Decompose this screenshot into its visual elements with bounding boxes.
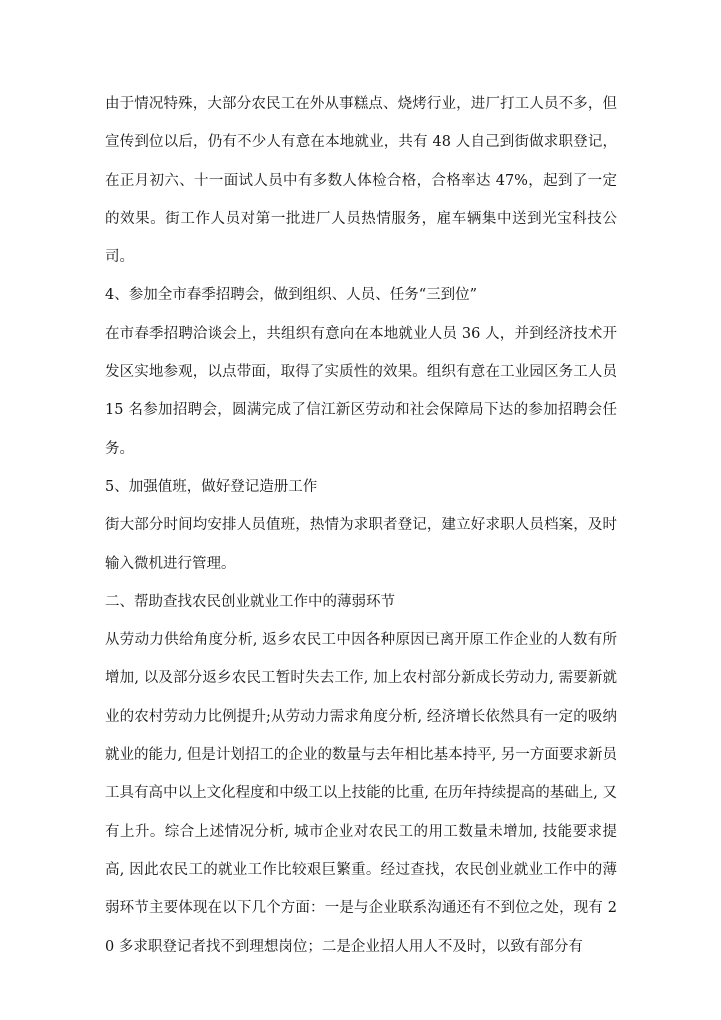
paragraph-body-2: 在市春季招聘洽谈会上，共组织有意向在本地就业人员 36 人，并到经济技术开发区实… [105, 315, 617, 468]
heading-item-4: 4、参加全市春季招聘会，做到组织、人员、任务“三到位” [105, 276, 617, 314]
document-page: 由于情况特殊，大部分农民工在外从事糕点、烧烤行业，进厂打工人员不多，但宣传到位以… [0, 0, 721, 1020]
heading-item-5: 5、加强值班，做好登记造册工作 [105, 468, 617, 506]
heading-section-2: 二、帮助查找农民创业就业工作中的薄弱环节 [105, 583, 617, 621]
paragraph-body-4: 从劳动力供给角度分析, 返乡农民工中因各种原因已离开原工作企业的人数有所增加, … [105, 621, 617, 966]
paragraph-body-1: 由于情况特殊，大部分农民工在外从事糕点、烧烤行业，进厂打工人员不多，但宣传到位以… [105, 85, 617, 276]
paragraph-body-3: 街大部分时间均安排人员值班，热情为求职者登记，建立好求职人员档案，及时输入微机进… [105, 506, 617, 583]
